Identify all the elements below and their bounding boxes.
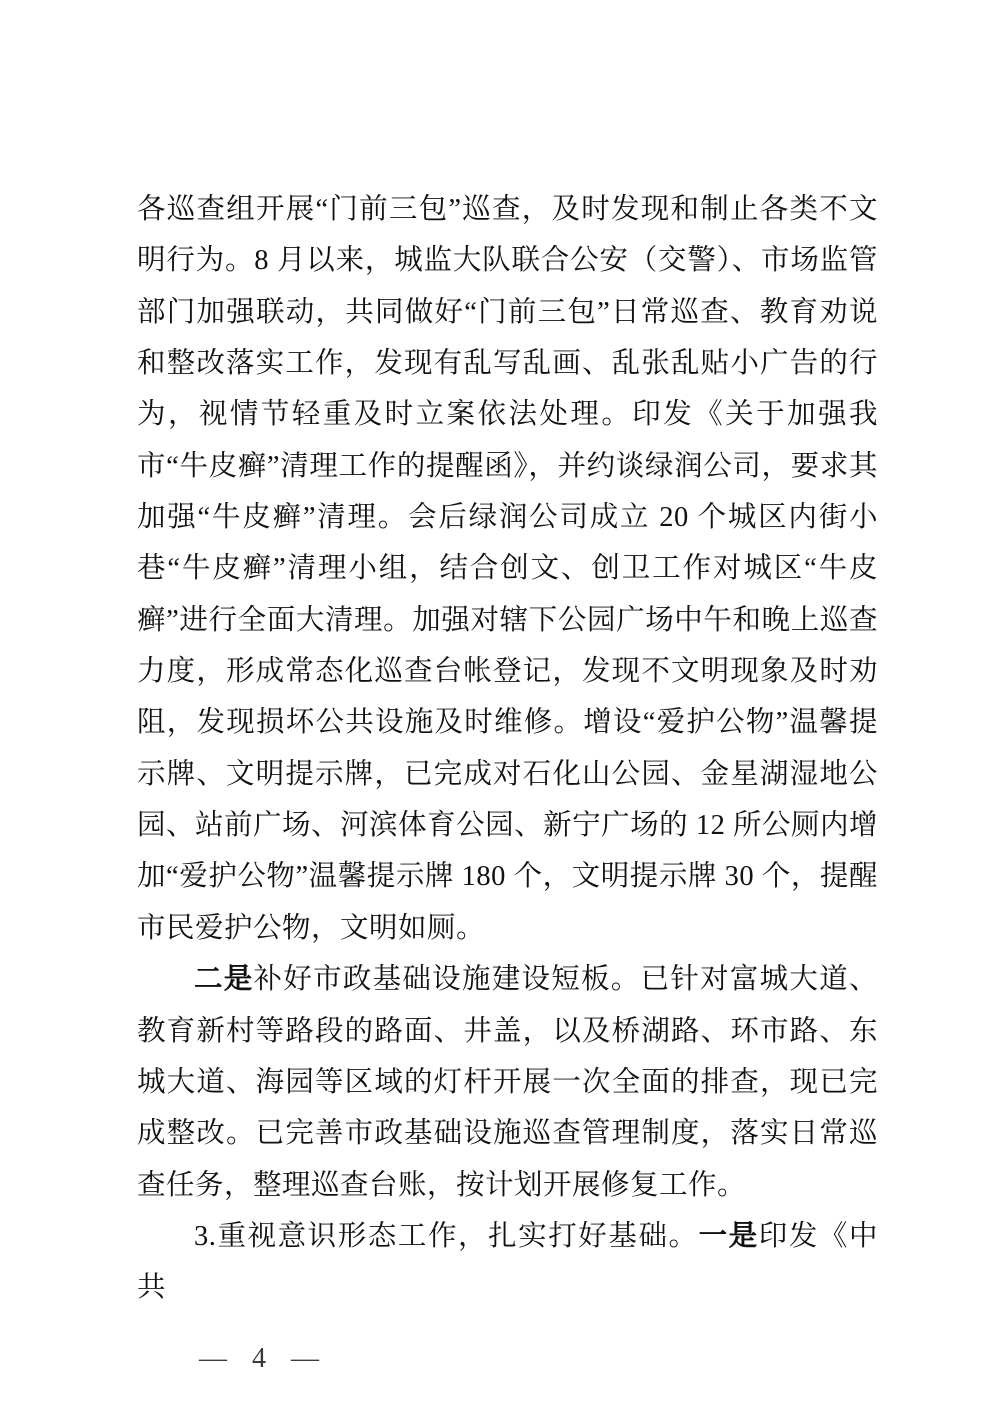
page-footer: — 4 — [135, 1308, 328, 1410]
document-body: 各巡查组开展“门前三包”巡查，及时发现和制止各类不文明行为。8 月以来，城监大队… [137, 184, 878, 1314]
paragraph: 3.重视意识形态工作，扎实打好基础。一是印发《中共 [137, 1211, 878, 1314]
document-page: 各巡查组开展“门前三包”巡查，及时发现和制止各类不文明行为。8 月以来，城监大队… [0, 0, 1000, 1414]
page-number: — 4 — [199, 1343, 328, 1374]
paragraph: 各巡查组开展“门前三包”巡查，及时发现和制止各类不文明行为。8 月以来，城监大队… [137, 184, 878, 954]
text-run: 3.重视意识形态工作，扎实打好基础。 [194, 1221, 699, 1252]
bold-text-run: 二是 [194, 964, 254, 995]
text-run: 补好市政基础设施建设短板。已针对富城大道、教育新村等路段的路面、井盖，以及桥湖路… [137, 964, 878, 1200]
text-run: 各巡查组开展“门前三包”巡查，及时发现和制止各类不文明行为。8 月以来，城监大队… [137, 194, 878, 944]
paragraph: 二是补好市政基础设施建设短板。已针对富城大道、教育新村等路段的路面、井盖，以及桥… [137, 954, 878, 1211]
bold-text-run: 一是 [699, 1221, 759, 1252]
